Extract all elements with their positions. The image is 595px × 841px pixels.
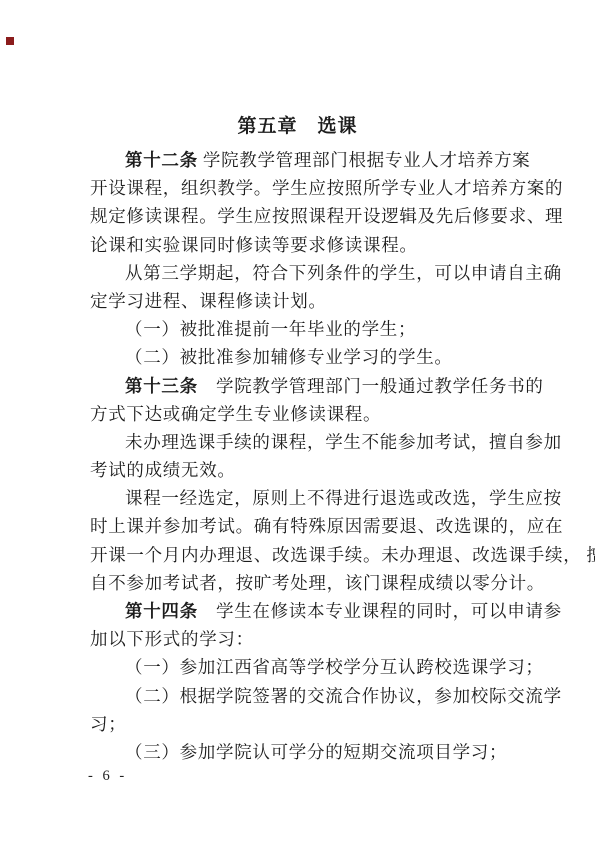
text-line: 从第三学期起，符合下列条件的学生，可以申请自主确	[90, 259, 550, 287]
article-number: 第十三条	[125, 376, 198, 396]
article-number: 第十二条	[125, 150, 198, 170]
text-line: 未办理选课手续的课程，学生不能参加考试，擅自参加	[90, 428, 550, 456]
text-line: 第十四条 学生在修读本专业课程的同时，可以申请参	[90, 597, 550, 625]
text-line: 开设课程，组织教学。学生应按照所学专业人才培养方案的	[90, 174, 550, 202]
text-line: （一）参加江西省高等学校学分互认跨校选课学习；	[90, 653, 550, 681]
text-line: 考试的成绩无效。	[90, 456, 550, 484]
text-line: （一）被批准提前一年毕业的学生；	[90, 315, 550, 343]
text-line: 自不参加考试者，按旷考处理，该门课程成绩以零分计。	[90, 569, 550, 597]
text-line: （二）根据学院签署的交流合作协议，参加校际交流学	[90, 682, 550, 710]
text-line: （三）参加学院认可学分的短期交流项目学习；	[90, 738, 550, 766]
text-line: 定学习进程、课程修读计划。	[90, 287, 550, 315]
text-line: 课程一经选定，原则上不得进行退选或改选，学生应按	[90, 484, 550, 512]
text-line: 时上课并参加考试。确有特殊原因需要退、改选课的，应在	[90, 512, 550, 540]
text-line: 第十二条 学院教学管理部门根据专业人才培养方案	[90, 146, 550, 174]
text-line: 论课和实验课同时修读等要求修读课程。	[90, 231, 550, 259]
page-number: - 6 -	[88, 768, 127, 785]
text-line: 方式下达或确定学生专业修读课程。	[90, 400, 550, 428]
text-line: 开课一个月内办理退、改选课手续。未办理退、改选课手续， 擅	[90, 541, 550, 569]
text-line: 习；	[90, 710, 550, 738]
text-line: 加以下形式的学习：	[90, 625, 550, 653]
text-line: 规定修读课程。学生应按照课程开设逻辑及先后修要求、理	[90, 202, 550, 230]
text-line: 第十三条 学院教学管理部门一般通过教学任务书的	[90, 372, 550, 400]
text-line: （二）被批准参加辅修专业学习的学生。	[90, 343, 550, 371]
document-body: 第十二条 学院教学管理部门根据专业人才培养方案开设课程，组织教学。学生应按照所学…	[90, 146, 550, 766]
scan-artifact-mark	[6, 37, 14, 45]
chapter-title: 第五章 选课	[0, 111, 595, 138]
document-page: 第五章 选课 第十二条 学院教学管理部门根据专业人才培养方案开设课程，组织教学。…	[0, 0, 595, 841]
article-number: 第十四条	[125, 601, 198, 621]
